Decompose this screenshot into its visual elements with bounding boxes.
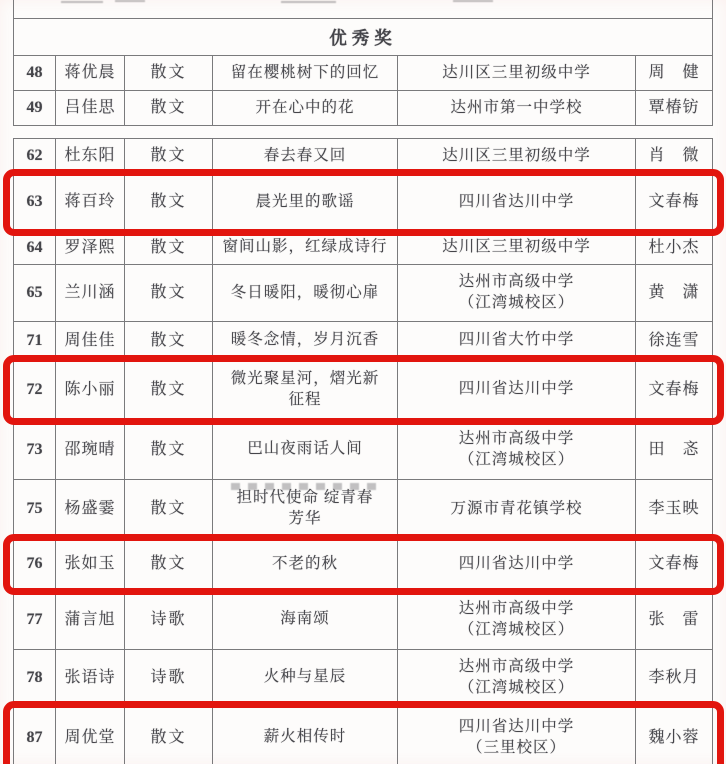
cell-genre: 散文 (125, 539, 213, 589)
section-title: 优秀奖 (13, 19, 713, 55)
school-name-line: （江湾城校区） (459, 450, 575, 471)
cell-school: 四川省达川中学 (398, 539, 636, 589)
cell-genre: 散文 (125, 174, 213, 230)
teacher-name: 文春梅 (648, 553, 699, 575)
cell-teacher: 覃椿钫 (636, 91, 713, 125)
table-row-highlighted: 72陈小丽散文微光聚星河，熠光新征程四川省达川中学文春梅 (13, 360, 713, 420)
genre-label: 散文 (150, 62, 186, 84)
cell-school: 四川省达川中学 (398, 360, 636, 419)
cell-student-name: 周佳佳 (56, 322, 125, 359)
cell-teacher: 田 忞 (636, 420, 713, 479)
cell-school: 四川省大竹中学 (398, 322, 636, 359)
work-title-line: 微光聚星河，熠光新 (231, 369, 380, 390)
cell-work-title: 海南颂 (213, 590, 398, 649)
table-row: 49吕佳思散文开在心中的花达州市第一中学校覃椿钫 (13, 91, 713, 126)
genre-label: 散文 (150, 498, 186, 520)
entry-number: 64 (27, 237, 43, 259)
table-row: 78张语诗诗歌火种与星辰达州市高级中学（江湾城校区）李秋月 (13, 650, 713, 706)
table-row: 65兰川涵散文冬日暖阳，暖彻心扉达州市高级中学（江湾城校区）黄 潇 (13, 265, 713, 322)
student-name: 张如玉 (64, 553, 115, 575)
teacher-name: 周 健 (648, 62, 699, 84)
work-title-line: 巴山夜雨话人间 (247, 439, 363, 460)
work-title-line: 不老的秋 (272, 554, 338, 575)
cell-genre: 诗歌 (125, 590, 213, 649)
cell-school: 达州市第一中学校 (398, 91, 636, 125)
work-title-line: 冬日暖阳，暖彻心扉 (231, 283, 380, 304)
cell-student-name: 张语诗 (56, 650, 125, 705)
entry-number: 49 (27, 97, 43, 119)
table-row: 75杨盛霎散文担时代使命 绽青春芳华万源市青花镇学校李玉映 (13, 480, 713, 539)
cell-teacher: 徐连雪 (636, 322, 713, 359)
school-name-line: 达州市高级中学 (459, 657, 575, 678)
cell-student-name: 蒲言旭 (56, 590, 125, 649)
cell-number: 87 (13, 706, 56, 764)
teacher-name: 李秋月 (648, 667, 699, 689)
work-title-line: 春去春又回 (264, 146, 347, 167)
scanned-award-document: 优秀奖 48蒋优晨散文留在樱桃树下的回忆达川区三里初级中学周 健49吕佳思散文开… (0, 0, 726, 764)
entry-number: 75 (27, 498, 43, 520)
cell-school: 四川省达川中学 (398, 174, 636, 230)
student-name: 吕佳思 (64, 97, 115, 119)
cell-number: 64 (13, 231, 56, 264)
genre-label: 散文 (150, 191, 186, 213)
cell-school: 万源市青花镇学校 (398, 480, 636, 538)
table-row: 62杜东阳散文春去春又回达川区三里初级中学肖 微 (13, 138, 713, 174)
cell-work-title: 微光聚星河，熠光新征程 (213, 360, 398, 419)
cell-genre: 散文 (125, 322, 213, 359)
section-header-row: 优秀奖 (13, 18, 713, 56)
teacher-name: 肖 微 (648, 145, 699, 167)
entry-number: 48 (27, 62, 43, 84)
cell-number: 75 (13, 480, 56, 538)
cell-genre: 散文 (125, 420, 213, 479)
cell-student-name: 罗泽熙 (56, 231, 125, 264)
teacher-name: 徐连雪 (648, 330, 699, 352)
cell-genre: 散文 (125, 91, 213, 125)
genre-label: 散文 (150, 439, 186, 461)
cell-number: 48 (13, 56, 56, 90)
genre-label: 散文 (150, 379, 186, 401)
entry-number: 87 (27, 727, 43, 749)
cell-school: 达州市高级中学（江湾城校区） (398, 590, 636, 649)
work-title-line: 薪火相传时 (264, 727, 347, 748)
cell-teacher: 黄 潇 (636, 265, 713, 321)
student-name: 陈小丽 (64, 379, 115, 401)
entry-number: 71 (27, 330, 43, 352)
cell-teacher: 周 健 (636, 56, 713, 90)
cell-genre: 散文 (125, 139, 213, 173)
entry-number: 63 (27, 191, 43, 213)
genre-label: 诗歌 (150, 609, 186, 631)
teacher-name: 杜小杰 (648, 237, 699, 259)
scan-smudge (61, 1, 103, 3)
cell-number: 71 (13, 322, 56, 359)
school-name-line: 达川区三里初级中学 (442, 146, 591, 167)
cell-teacher: 杜小杰 (636, 231, 713, 264)
teacher-name: 文春梅 (648, 191, 699, 213)
cell-student-name: 周优堂 (56, 706, 125, 764)
table-row: 71周佳佳散文暖冬念情，岁月沉香四川省大竹中学徐连雪 (13, 322, 713, 360)
cell-genre: 散文 (125, 231, 213, 264)
cell-student-name: 陈小丽 (56, 360, 125, 419)
cell-student-name: 杨盛霎 (56, 480, 125, 538)
entry-number: 62 (27, 145, 43, 167)
cell-teacher: 魏小蓉 (636, 706, 713, 764)
teacher-name: 覃椿钫 (648, 97, 699, 119)
table-body: 48蒋优晨散文留在樱桃树下的回忆达川区三里初级中学周 健49吕佳思散文开在心中的… (13, 56, 713, 764)
table-top-partial-strip (13, 0, 713, 18)
cell-number: 63 (13, 174, 56, 230)
cell-work-title: 担时代使命 绽青春芳华 (213, 480, 398, 538)
cell-student-name: 吕佳思 (56, 91, 125, 125)
entry-number: 72 (27, 379, 43, 401)
table-row-highlighted: 63蒋百玲散文晨光里的歌谣四川省达川中学文春梅 (13, 174, 713, 231)
work-title-line: 晨光里的歌谣 (255, 192, 354, 213)
cell-teacher: 肖 微 (636, 139, 713, 173)
genre-label: 散文 (150, 145, 186, 167)
school-name-line: 四川省达川中学 (459, 717, 575, 738)
genre-label: 散文 (150, 553, 186, 575)
cell-school: 四川省达川中学（三里校区） (398, 706, 636, 764)
cell-student-name: 杜东阳 (56, 139, 125, 173)
entry-number: 77 (27, 609, 43, 631)
cell-teacher: 文春梅 (636, 360, 713, 419)
cell-work-title: 开在心中的花 (213, 91, 398, 125)
cell-school: 达州市高级中学（江湾城校区） (398, 420, 636, 479)
work-title-line: 担时代使命 绽青春 (237, 488, 374, 509)
cell-work-title: 留在樱桃树下的回忆 (213, 56, 398, 90)
cell-genre: 诗歌 (125, 650, 213, 705)
genre-label: 散文 (150, 727, 186, 749)
cell-teacher: 张 雷 (636, 590, 713, 649)
cell-number: 65 (13, 265, 56, 321)
cell-teacher: 文春梅 (636, 539, 713, 589)
cell-work-title: 不老的秋 (213, 539, 398, 589)
genre-label: 散文 (150, 97, 186, 119)
cell-student-name: 蒋百玲 (56, 174, 125, 230)
cut-off-text-artifact (231, 483, 382, 490)
student-name: 周佳佳 (64, 330, 115, 352)
cell-teacher: 李秋月 (636, 650, 713, 705)
table-right-edge-line (712, 0, 713, 18)
school-name-line: 达州市高级中学 (459, 429, 575, 450)
cell-genre: 散文 (125, 265, 213, 321)
student-name: 杜东阳 (64, 145, 115, 167)
school-name-line: 四川省达川中学 (459, 379, 575, 400)
table-row: 77蒲言旭诗歌海南颂达州市高级中学（江湾城校区）张 雷 (13, 590, 713, 650)
school-name-line: 四川省达川中学 (459, 192, 575, 213)
cell-student-name: 邵琬晴 (56, 420, 125, 479)
scan-smudge (281, 1, 336, 3)
cell-work-title: 薪火相传时 (213, 706, 398, 764)
award-table: 优秀奖 48蒋优晨散文留在樱桃树下的回忆达川区三里初级中学周 健49吕佳思散文开… (13, 0, 713, 764)
entry-number: 76 (27, 553, 43, 575)
teacher-name: 魏小蓉 (648, 727, 699, 749)
cell-genre: 散文 (125, 706, 213, 764)
genre-label: 散文 (150, 237, 186, 259)
table-row: 73邵琬晴散文巴山夜雨话人间达州市高级中学（江湾城校区）田 忞 (13, 420, 713, 480)
table-row: 64罗泽熙散文窗间山影，红绿成诗行达川区三里初级中学杜小杰 (13, 231, 713, 265)
school-name-line: 达州市高级中学 (459, 599, 575, 620)
school-name-line: 达州市高级中学 (459, 272, 575, 293)
school-name-line: （江湾城校区） (459, 620, 575, 641)
cell-school: 达川区三里初级中学 (398, 139, 636, 173)
section-gap (13, 126, 713, 138)
student-name: 周优堂 (64, 727, 115, 749)
school-name-line: （江湾城校区） (459, 678, 575, 699)
cell-work-title: 暖冬念情，岁月沉香 (213, 322, 398, 359)
cell-work-title: 巴山夜雨话人间 (213, 420, 398, 479)
table-row-highlighted: 76张如玉散文不老的秋四川省达川中学文春梅 (13, 539, 713, 590)
student-name: 蒲言旭 (64, 609, 115, 631)
cell-number: 62 (13, 139, 56, 173)
entry-number: 65 (27, 282, 43, 304)
student-name: 邵琬晴 (64, 439, 115, 461)
cell-student-name: 兰川涵 (56, 265, 125, 321)
student-name: 蒋百玲 (64, 191, 115, 213)
student-name: 蒋优晨 (64, 62, 115, 84)
genre-label: 散文 (150, 282, 186, 304)
teacher-name: 李玉映 (648, 498, 699, 520)
work-title-line: 征程 (288, 390, 321, 411)
school-name-line: （江湾城校区） (459, 293, 575, 314)
genre-label: 诗歌 (150, 667, 186, 689)
cell-number: 76 (13, 539, 56, 589)
cell-work-title: 晨光里的歌谣 (213, 174, 398, 230)
work-title-line: 留在樱桃树下的回忆 (231, 63, 380, 84)
scan-smudge (453, 0, 493, 2)
school-name-line: （三里校区） (467, 738, 566, 759)
school-name-line: 达川区三里初级中学 (442, 63, 591, 84)
table-row: 48蒋优晨散文留在樱桃树下的回忆达川区三里初级中学周 健 (13, 56, 713, 91)
work-title-line: 暖冬念情，岁月沉香 (231, 330, 380, 351)
table-row-highlighted: 87周优堂散文薪火相传时四川省达川中学（三里校区）魏小蓉 (13, 706, 713, 764)
cell-school: 达州市高级中学（江湾城校区） (398, 650, 636, 705)
school-name-line: 达州市第一中学校 (450, 98, 582, 119)
genre-label: 散文 (150, 330, 186, 352)
cell-teacher: 李玉映 (636, 480, 713, 538)
cell-number: 77 (13, 590, 56, 649)
cell-genre: 散文 (125, 56, 213, 90)
teacher-name: 文春梅 (648, 379, 699, 401)
work-title-line: 开在心中的花 (255, 98, 354, 119)
school-name-line: 万源市青花镇学校 (450, 499, 582, 520)
work-title-line: 窗间山影，红绿成诗行 (222, 237, 387, 258)
teacher-name: 张 雷 (648, 609, 699, 631)
cell-work-title: 冬日暖阳，暖彻心扉 (213, 265, 398, 321)
cell-student-name: 张如玉 (56, 539, 125, 589)
work-title-line: 海南颂 (280, 609, 330, 630)
cell-number: 72 (13, 360, 56, 419)
cell-number: 49 (13, 91, 56, 125)
cell-school: 达川区三里初级中学 (398, 231, 636, 264)
cell-student-name: 蒋优晨 (56, 56, 125, 90)
school-name-line: 四川省大竹中学 (459, 330, 575, 351)
teacher-name: 黄 潇 (648, 282, 699, 304)
cell-work-title: 火种与星辰 (213, 650, 398, 705)
work-title-line: 火种与星辰 (264, 667, 347, 688)
cell-genre: 散文 (125, 480, 213, 538)
student-name: 兰川涵 (64, 282, 115, 304)
cell-genre: 散文 (125, 360, 213, 419)
student-name: 杨盛霎 (64, 498, 115, 520)
student-name: 罗泽熙 (64, 237, 115, 259)
scan-smudge (115, 0, 145, 2)
table-left-edge-line (13, 0, 14, 18)
school-name-line: 四川省达川中学 (459, 554, 575, 575)
cell-work-title: 春去春又回 (213, 139, 398, 173)
cell-school: 达州市高级中学（江湾城校区） (398, 265, 636, 321)
work-title-line: 芳华 (288, 509, 321, 530)
cell-number: 73 (13, 420, 56, 479)
cell-teacher: 文春梅 (636, 174, 713, 230)
cell-number: 78 (13, 650, 56, 705)
cell-school: 达川区三里初级中学 (398, 56, 636, 90)
school-name-line: 达川区三里初级中学 (442, 237, 591, 258)
cell-work-title: 窗间山影，红绿成诗行 (213, 231, 398, 264)
entry-number: 78 (27, 667, 43, 689)
entry-number: 73 (27, 439, 43, 461)
student-name: 张语诗 (64, 667, 115, 689)
teacher-name: 田 忞 (648, 439, 699, 461)
